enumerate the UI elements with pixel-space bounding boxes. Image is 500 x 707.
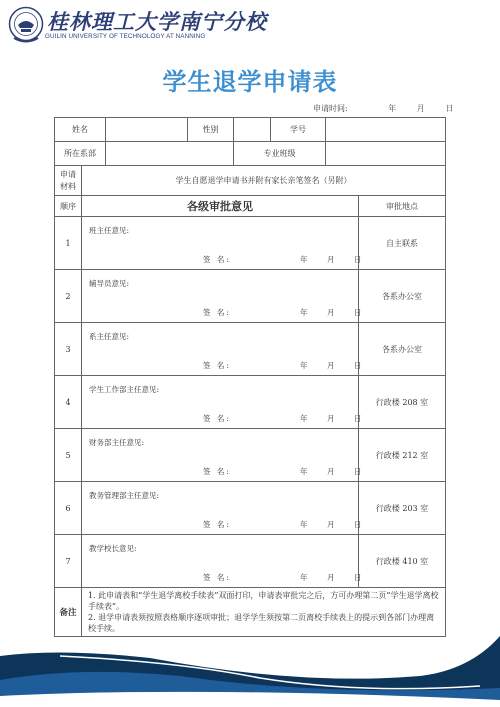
sign-label: 签 名: <box>203 360 231 371</box>
withdrawal-form-table: 姓名 性别 学号 所在系部 专业班级 申请材料 学生自愿退学申请书并附有家长亲笔… <box>54 117 446 637</box>
page-title: 学生退学申请表 <box>0 62 500 97</box>
month-label: 月 <box>327 307 335 318</box>
approval-seq: 7 <box>55 535 82 588</box>
approval-opinion-cell[interactable]: 系主任意见: 签 名: 年 月 日 <box>82 323 359 376</box>
year-label: 年 <box>300 413 308 424</box>
approval-label: 系主任意见: <box>89 331 129 342</box>
approval-seq: 5 <box>55 429 82 482</box>
remarks-row: 备注 1. 此申请表和“学生退学离校手续表”双面打印，申请表审批完之后，方可办理… <box>55 588 446 637</box>
approval-location: 自主联系 <box>359 217 446 270</box>
apply-date: 申请时间: 年 月 日 <box>300 103 453 114</box>
approval-opinion-cell[interactable]: 教学校长意见: 签 名: 年 月 日 <box>82 535 359 588</box>
day-label: 日 <box>354 466 362 477</box>
approval-opinion-cell[interactable]: 班主任意见: 签 名: 年 月 日 <box>82 217 359 270</box>
sign-label: 签 名: <box>203 572 231 583</box>
month-label: 月 <box>327 519 335 530</box>
student-id-label: 学号 <box>271 118 326 142</box>
university-name-cn: 桂林理工大学南宁分校 <box>47 6 267 36</box>
department-label: 所在系部 <box>55 142 106 166</box>
approval-location: 各系办公室 <box>359 323 446 376</box>
day-label: 日 <box>354 254 362 265</box>
university-seal-icon <box>8 5 44 45</box>
year-label: 年 <box>300 360 308 371</box>
approval-opinion-cell[interactable]: 学生工作部主任意见: 签 名: 年 月 日 <box>82 376 359 429</box>
remarks-label: 备注 <box>55 588 82 637</box>
day-label: 日 <box>354 360 362 371</box>
approval-label: 辅导员意见: <box>89 278 129 289</box>
year-label: 年 <box>300 307 308 318</box>
approval-row-3: 3 系主任意见: 签 名: 年 月 日 各系办公室 <box>55 323 446 376</box>
seq-header: 顺序 <box>55 196 82 217</box>
university-name-en: GUILIN UNIVERSITY OF TECHNOLOGY AT NANNI… <box>45 33 205 40</box>
approval-location: 行政楼 203 室 <box>359 482 446 535</box>
sign-label: 签 名: <box>203 413 231 424</box>
month-label: 月 <box>327 360 335 371</box>
decorative-wave-footer <box>0 636 500 707</box>
approval-opinion-cell[interactable]: 财务部主任意见: 签 名: 年 月 日 <box>82 429 359 482</box>
opinions-header: 各级审批意见 <box>82 196 359 217</box>
student-id-field[interactable] <box>326 118 446 142</box>
approval-opinion-cell[interactable]: 辅导员意见: 签 名: 年 月 日 <box>82 270 359 323</box>
department-field[interactable] <box>106 142 234 166</box>
year-label: 年 <box>300 519 308 530</box>
approval-row-1: 1 班主任意见: 签 名: 年 月 日 自主联系 <box>55 217 446 270</box>
month-label: 月 <box>327 572 335 583</box>
year-label: 年 <box>300 466 308 477</box>
remarks-content: 1. 此申请表和“学生退学离校手续表”双面打印，申请表审批完之后，方可办理第二页… <box>82 588 446 637</box>
approval-seq: 4 <box>55 376 82 429</box>
month-label: 月 <box>327 413 335 424</box>
day-label: 日 <box>354 413 362 424</box>
remark-item-2: 2. 退学申请表须按照表格顺序逐项审批；退学学生须按第二页离校手续表上的提示到各… <box>88 612 439 634</box>
gender-field[interactable] <box>234 118 271 142</box>
sign-label: 签 名: <box>203 519 231 530</box>
month-label: 月 <box>327 254 335 265</box>
approval-row-5: 5 财务部主任意见: 签 名: 年 月 日 行政楼 212 室 <box>55 429 446 482</box>
gender-label: 性别 <box>188 118 234 142</box>
major-class-field[interactable] <box>326 142 446 166</box>
year-label: 年 <box>300 572 308 583</box>
sign-label: 签 名: <box>203 307 231 318</box>
approval-label: 学生工作部主任意见: <box>89 384 159 395</box>
materials-value: 学生自愿退学申请书并附有家长亲笔签名（另附） <box>82 166 446 196</box>
approval-location: 行政楼 208 室 <box>359 376 446 429</box>
approval-label: 班主任意见: <box>89 225 129 236</box>
approval-seq: 2 <box>55 270 82 323</box>
approval-location: 各系办公室 <box>359 270 446 323</box>
approval-location: 行政楼 410 室 <box>359 535 446 588</box>
approval-opinion-cell[interactable]: 教务管理部主任意见: 签 名: 年 月 日 <box>82 482 359 535</box>
day-label: 日 <box>354 307 362 318</box>
approval-label: 教务管理部主任意见: <box>89 490 159 501</box>
remark-item-1: 1. 此申请表和“学生退学离校手续表”双面打印，申请表审批完之后，方可办理第二页… <box>88 590 439 612</box>
page-header: 桂林理工大学南宁分校 GUILIN UNIVERSITY OF TECHNOLO… <box>0 0 500 55</box>
sign-label: 签 名: <box>203 466 231 477</box>
approval-location: 行政楼 212 室 <box>359 429 446 482</box>
name-field[interactable] <box>106 118 188 142</box>
sign-label: 签 名: <box>203 254 231 265</box>
approval-row-4: 4 学生工作部主任意见: 签 名: 年 月 日 行政楼 208 室 <box>55 376 446 429</box>
approval-row-7: 7 教学校长意见: 签 名: 年 月 日 行政楼 410 室 <box>55 535 446 588</box>
approval-seq: 1 <box>55 217 82 270</box>
apply-date-month: 月 <box>417 103 425 114</box>
year-label: 年 <box>300 254 308 265</box>
location-header: 审批地点 <box>359 196 446 217</box>
month-label: 月 <box>327 466 335 477</box>
day-label: 日 <box>354 519 362 530</box>
approval-label: 教学校长意见: <box>89 543 137 554</box>
day-label: 日 <box>354 572 362 583</box>
apply-date-day: 日 <box>445 103 453 114</box>
approval-label: 财务部主任意见: <box>89 437 144 448</box>
major-class-label: 专业班级 <box>234 142 326 166</box>
approval-row-2: 2 辅导员意见: 签 名: 年 月 日 各系办公室 <box>55 270 446 323</box>
apply-date-label: 申请时间: <box>313 103 348 114</box>
materials-label: 申请材料 <box>55 166 82 196</box>
approval-row-6: 6 教务管理部主任意见: 签 名: 年 月 日 行政楼 203 室 <box>55 482 446 535</box>
approval-seq: 6 <box>55 482 82 535</box>
approval-seq: 3 <box>55 323 82 376</box>
apply-date-year: 年 <box>388 103 396 114</box>
name-label: 姓名 <box>55 118 106 142</box>
